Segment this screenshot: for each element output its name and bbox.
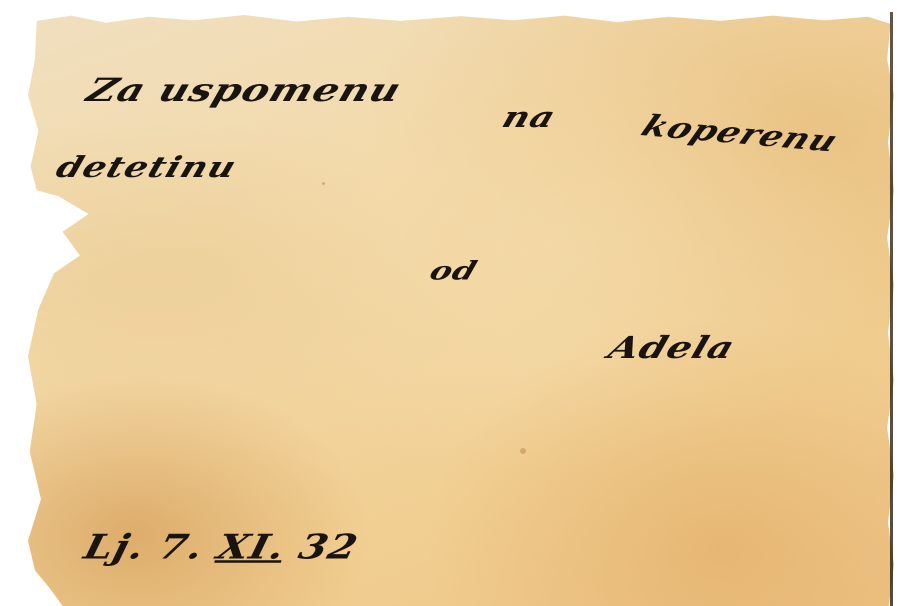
ink-spot xyxy=(520,448,526,454)
date-line: Lj. 7. XI. 32 xyxy=(80,527,362,567)
dedication-line-2: detetinu xyxy=(52,150,241,184)
dedication-line-1-part-1: Za uspomenu xyxy=(82,71,406,109)
card-edge-shadow xyxy=(890,12,893,606)
ink-spot xyxy=(322,182,325,185)
date-month: XI. xyxy=(213,527,290,567)
date-day: 7. xyxy=(154,527,208,567)
dedication-line-1-part-2: na xyxy=(498,100,560,134)
date-place: Lj. xyxy=(80,527,149,567)
date-year: 32 xyxy=(295,527,363,567)
signature: Adela xyxy=(604,329,740,365)
